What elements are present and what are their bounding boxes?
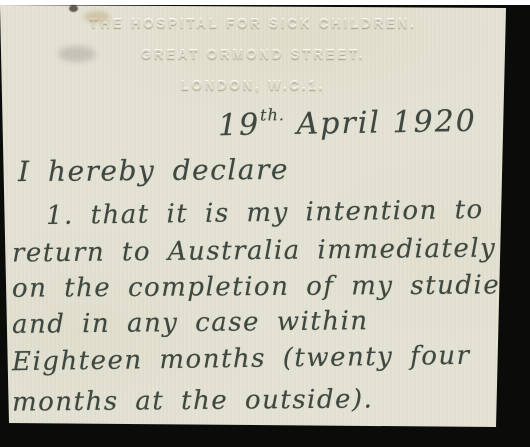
handwritten-line: months at the outside).	[12, 384, 374, 417]
letterhead-hospital-name: THE HOSPITAL FOR SICK CHILDREN.	[0, 16, 506, 31]
brown-stain	[84, 11, 110, 23]
date-day: 19	[218, 108, 261, 144]
letterhead-city: LONDON, W.C.1.	[0, 78, 506, 93]
date-line: 19th. April 1920	[218, 102, 477, 144]
handwritten-line: Eighteen months (twenty four	[12, 341, 471, 377]
date-ordinal-suffix: th.	[260, 105, 285, 124]
date-month-year: April 1920	[285, 104, 477, 142]
handwritten-line: 1. that it is my intention to	[46, 195, 484, 231]
handwritten-line: return to Australia immediately	[12, 233, 497, 268]
handwritten-line: and in any case within	[12, 306, 369, 340]
grey-smudge-stain	[58, 46, 96, 62]
letter-paper: THE HOSPITAL FOR SICK CHILDREN. GREAT OR…	[0, 0, 530, 447]
embossed-letterhead: THE HOSPITAL FOR SICK CHILDREN. GREAT OR…	[0, 16, 506, 109]
screenshot-top-margin	[0, 0, 530, 5]
handwritten-line: I hereby declare	[18, 153, 289, 188]
ink-smudge-stain	[69, 5, 78, 12]
handwritten-line: on the completion of my studies	[12, 270, 515, 304]
